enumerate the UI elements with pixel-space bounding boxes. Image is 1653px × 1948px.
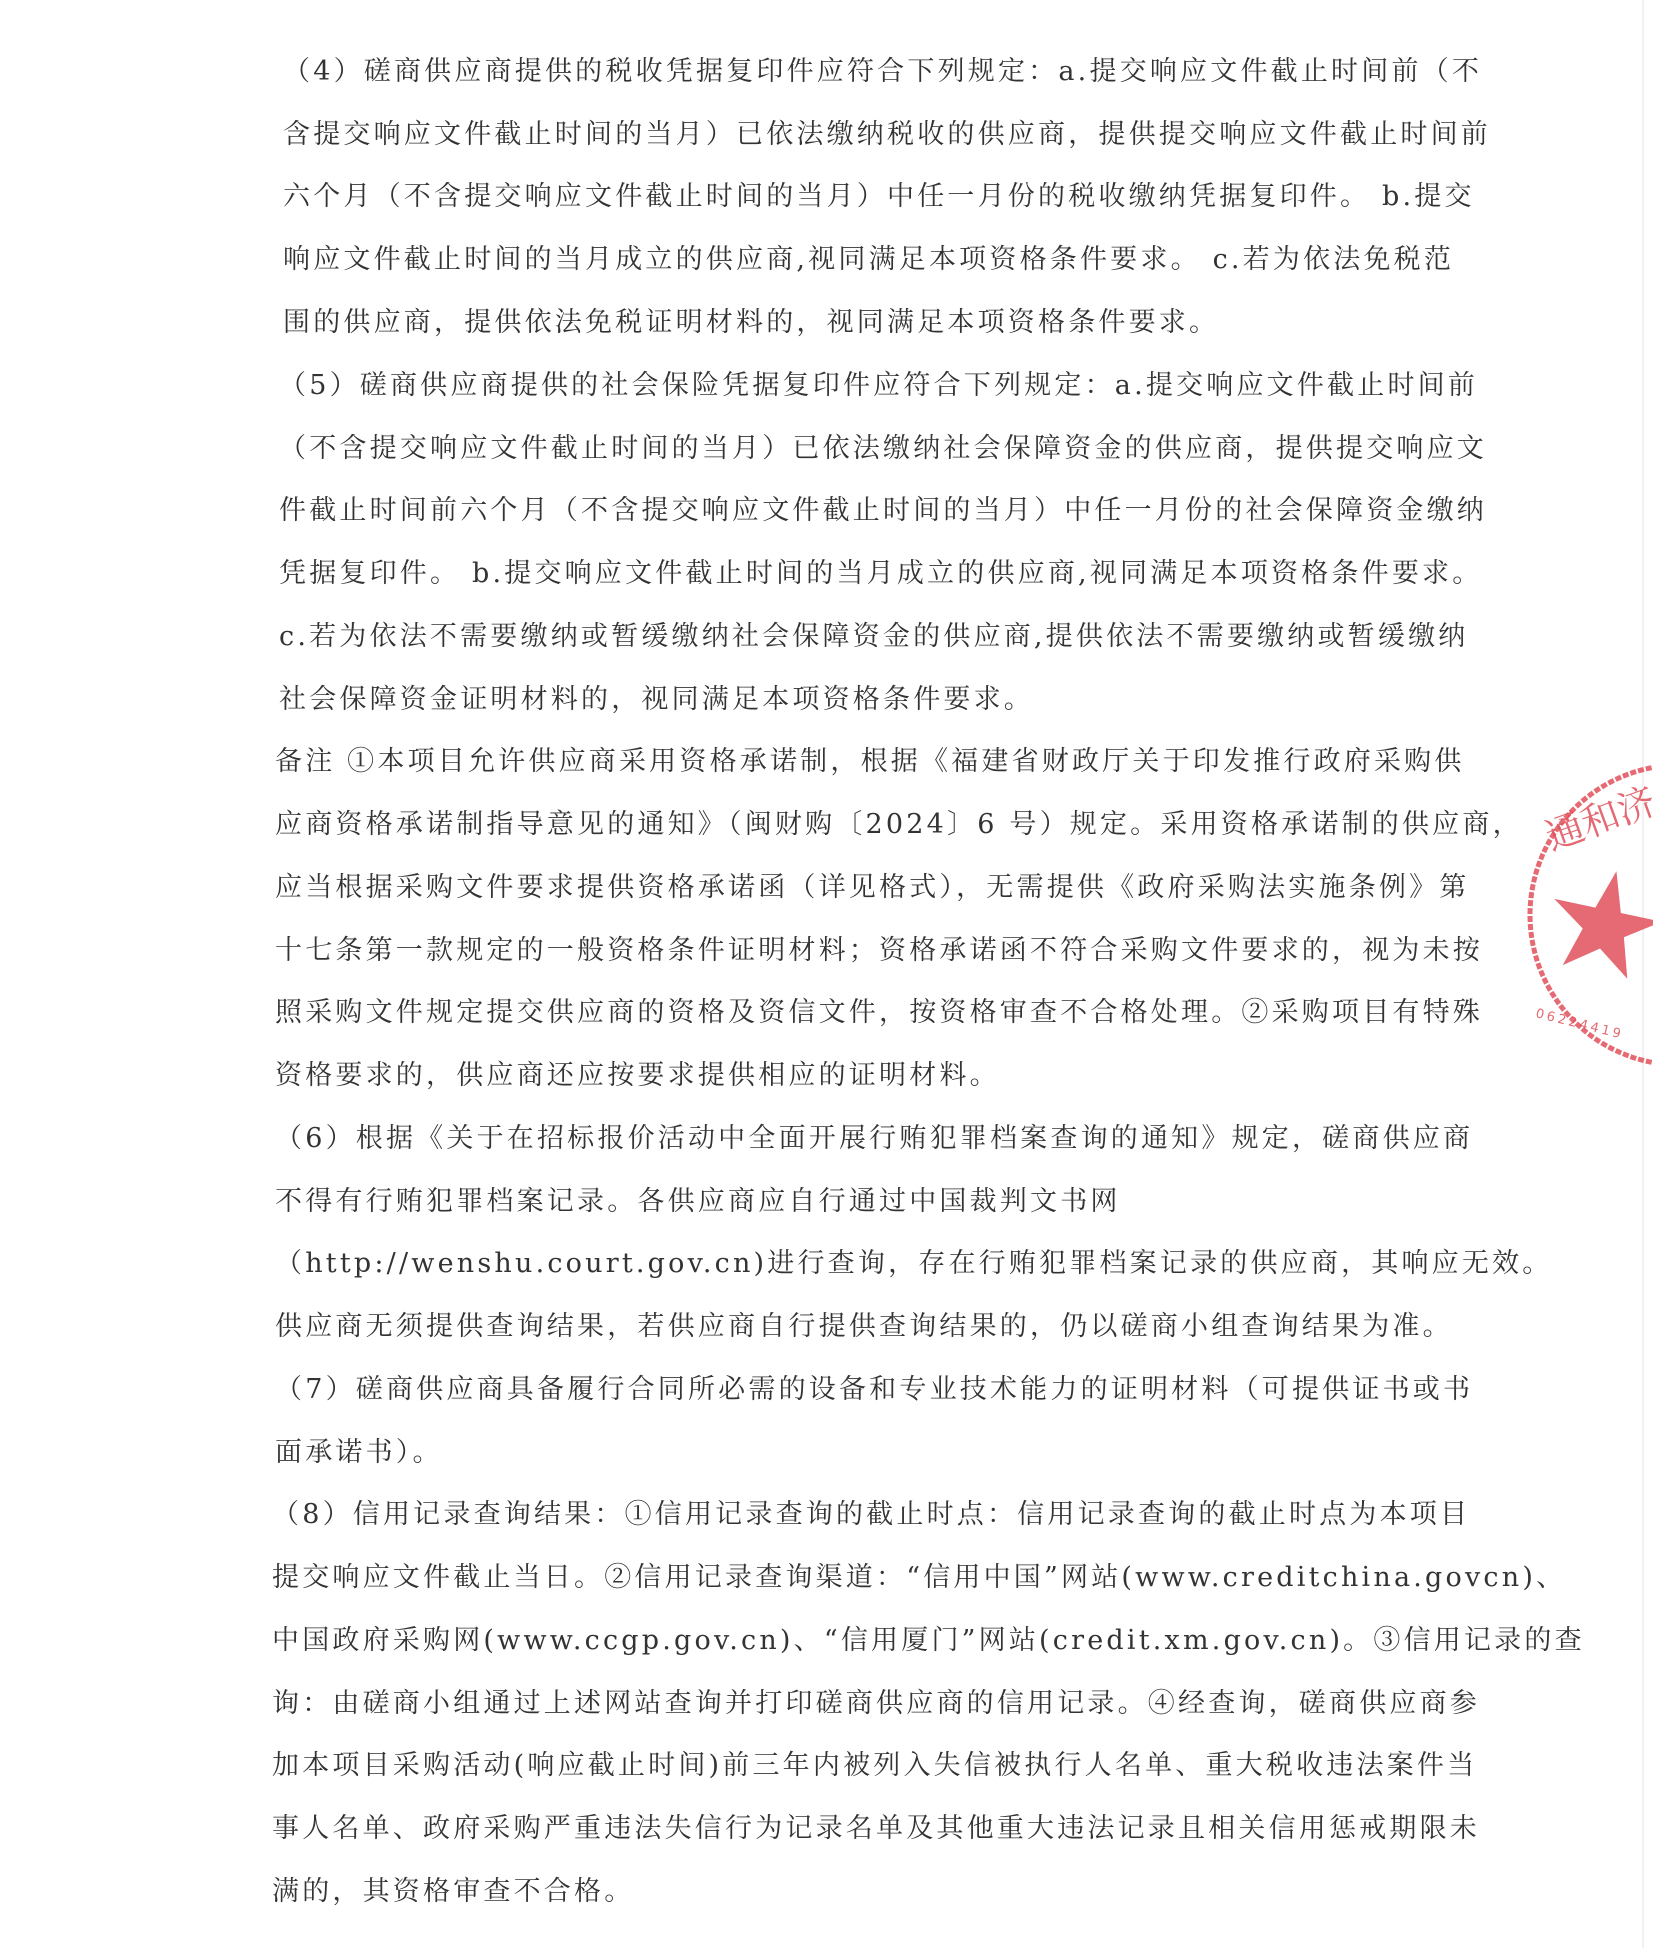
text-line: 六个月（不含提交响应文件截止时间的当月）中任一月份的税收缴纳凭据复印件。 b.提… — [283, 177, 1475, 217]
text-line: 件截止时间前六个月（不含提交响应文件截止时间的当月）中任一月份的社会保障资金缴纳 — [279, 491, 1487, 531]
link-text-line: （http://wenshu.court.gov.cn)进行查询，存在行贿犯罪档… — [275, 1244, 1552, 1284]
text-line: 面承诺书）。 — [275, 1433, 443, 1473]
text-line: （4）磋商供应商提供的税收凭据复印件应符合下列规定：a.提交响应文件截止时间前（… — [283, 52, 1482, 92]
company-seal: 通和济 06224419 — [1520, 755, 1653, 1075]
text-line: 含提交响应文件截止时间的当月）已依法缴纳税收的供应商，提供提交响应文件截止时间前 — [283, 115, 1491, 155]
text-line: 提交响应文件截止当日。②信用记录查询渠道：“信用中国”网站(www.credit… — [272, 1558, 1566, 1598]
text-line: 社会保障资金证明材料的，视同满足本项资格条件要求。 — [279, 680, 1034, 720]
text-line: （7）磋商供应商具备履行合同所必需的设备和专业技术能力的证明材料（可提供证书或书 — [275, 1370, 1473, 1410]
seal-serial: 06224419 — [1534, 1006, 1625, 1042]
text-line: 应商资格承诺制指导意见的通知》（闽财购〔2024〕6 号）规定。采用资格承诺制的… — [275, 805, 1523, 845]
text-line: 十七条第一款规定的一般资格条件证明材料；资格承诺函不符合采购文件要求的，视为未按 — [275, 931, 1483, 971]
text-line: 备注 ①本项目允许供应商采用资格承诺制，根据《福建省财政厅关于印发推行政府采购供 — [275, 742, 1465, 782]
text-line: 应当根据采购文件要求提供资格承诺函（详见格式），无需提供《政府采购法实施条例》第 — [275, 868, 1470, 908]
text-line: （5）磋商供应商提供的社会保险凭据复印件应符合下列规定：a.提交响应文件截止时间… — [279, 366, 1478, 406]
text-line: 加本项目采购活动(响应截止时间)前三年内被列入失信被执行人名单、重大税收违法案件… — [272, 1746, 1477, 1786]
text-line: 响应文件截止时间的当月成立的供应商,视同满足本项资格条件要求。 c.若为依法免税… — [283, 240, 1454, 280]
document-page: （4）磋商供应商提供的税收凭据复印件应符合下列规定：a.提交响应文件截止时间前（… — [0, 0, 1653, 1948]
text-line: 询：由磋商小组通过上述网站查询并打印磋商供应商的信用记录。④经查询，磋商供应商参 — [272, 1684, 1480, 1724]
text-line: 事人名单、政府采购严重违法失信行为记录名单及其他重大违法记录且相关信用惩戒期限未 — [272, 1809, 1480, 1849]
text-line: 照采购文件规定提交供应商的资格及资信文件，按资格审查不合格处理。②采购项目有特殊 — [275, 993, 1483, 1033]
text-line: （不含提交响应文件截止时间的当月）已依法缴纳社会保障资金的供应商，提供提交响应文 — [279, 429, 1487, 469]
text-line: （8）信用记录查询结果：①信用记录查询的截止时点：信用记录查询的截止时点为本项目 — [272, 1495, 1470, 1535]
text-line: （6）根据《关于在招标报价活动中全面开展行贿犯罪档案查询的通知》规定，磋商供应商 — [275, 1119, 1473, 1159]
text-line: 满的，其资格审查不合格。 — [272, 1872, 634, 1912]
text-line: 围的供应商，提供依法免税证明材料的，视同满足本项资格条件要求。 — [283, 303, 1219, 343]
text-line: c.若为依法不需要缴纳或暂缓缴纳社会保障资金的供应商,提供依法不需要缴纳或暂缓缴… — [279, 617, 1469, 657]
seal-icon: 通和济 06224419 — [1520, 755, 1653, 1075]
text-line: 不得有行贿犯罪档案记录。各供应商应自行通过中国裁判文书网 — [275, 1182, 1121, 1222]
text-line: 供应商无须提供查询结果，若供应商自行提供查询结果的，仍以磋商小组查询结果为准。 — [275, 1307, 1453, 1347]
text-line: 中国政府采购网(www.ccgp.gov.cn)、“信用厦门”网站(credit… — [272, 1621, 1585, 1661]
text-line: 凭据复印件。 b.提交响应文件截止时间的当月成立的供应商,视同满足本项资格条件要… — [279, 554, 1482, 594]
document-body: （4）磋商供应商提供的税收凭据复印件应符合下列规定：a.提交响应文件截止时间前（… — [0, 0, 1653, 1948]
text-line: 资格要求的，供应商还应按要求提供相应的证明材料。 — [275, 1056, 1000, 1096]
